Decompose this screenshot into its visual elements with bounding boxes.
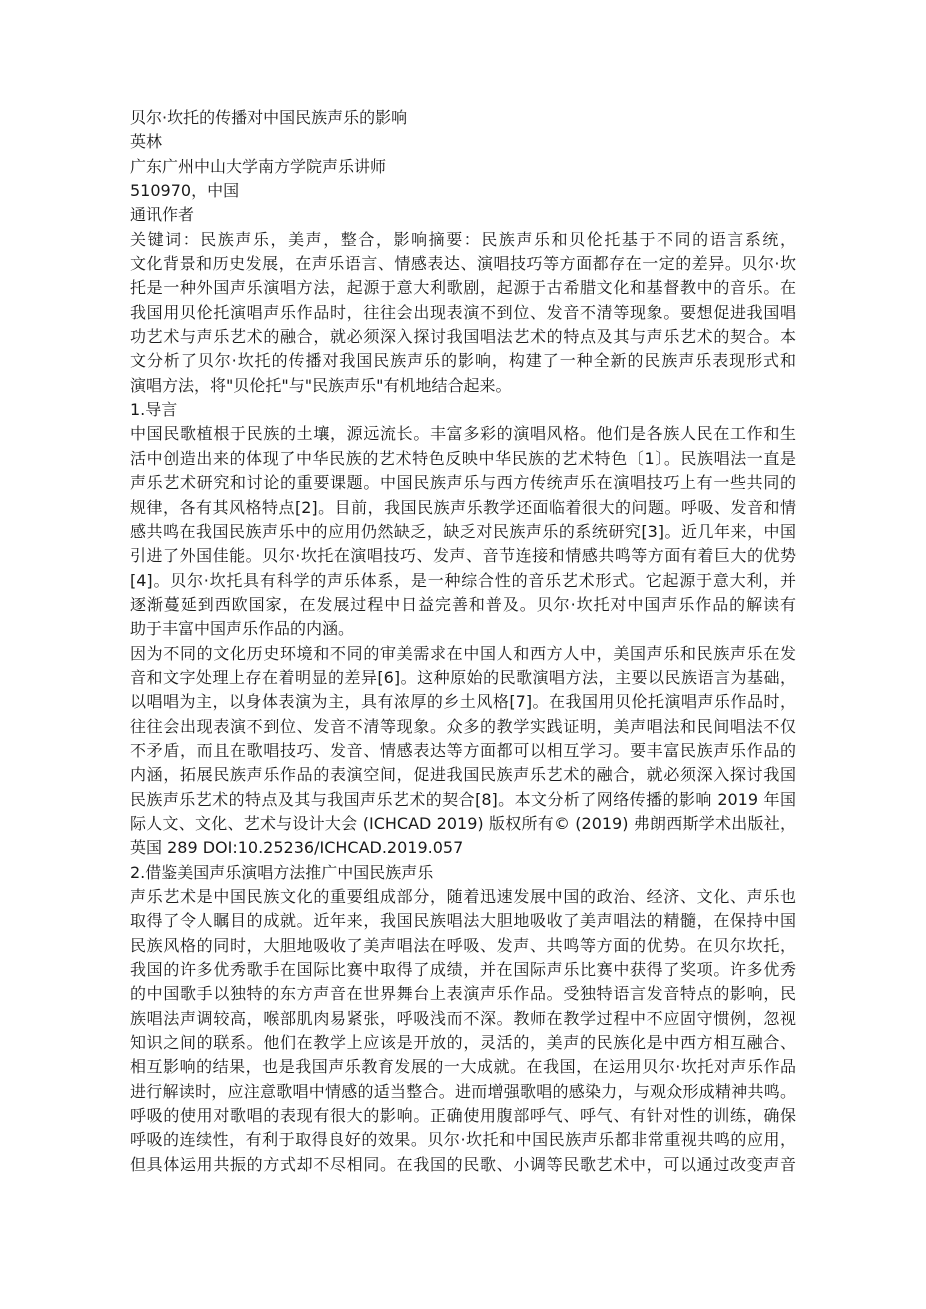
body-line: 民族风格的同时，大胆地吸收了美声唱法在呼吸、发声、共鸣等方面的优势。在贝尔坎托，	[130, 934, 796, 958]
body-line: [4]。贝尔·坎托具有科学的声乐体系，是一种综合性的音乐艺术形式。它起源于意大利…	[130, 569, 796, 593]
body-line: 活中创造出来的体现了中华民族的艺术特色反映中华民族的艺术特色〔1〕。民族唱法一直…	[130, 447, 796, 471]
body-line: 引进了外国佳能。贝尔·坎托在演唱技巧、发声、音节连接和情感共鸣等方面有着巨大的优…	[130, 544, 796, 568]
author-location: 510970，中国	[130, 179, 796, 203]
body-line: 我国的许多优秀歌手在国际比赛中取得了成绩，并在国际声乐比赛中获得了奖项。许多优秀	[130, 958, 796, 982]
body-line: 知识之间的联系。他们在教学上应该是开放的，灵活的，美声的民族化是中西方相互融合、	[130, 1031, 796, 1055]
author-affiliation: 广东广州中山大学南方学院声乐讲师	[130, 155, 796, 179]
body-line: 但具体运用共振的方式却不尽相同。在我国的民歌、小调等民歌艺术中，可以通过改变声音	[130, 1153, 796, 1177]
document-page: 贝尔·坎托的传播对中国民族声乐的影响 英林 广东广州中山大学南方学院声乐讲师 5…	[0, 0, 926, 1309]
abstract-line: 托是一种外国声乐演唱方法，起源于意大利歌剧，起源于古希腊文化和基督教中的音乐。在	[130, 276, 796, 300]
abstract-line: 功艺术与声乐艺术的融合，就必须深入探讨我国唱法艺术的特点及其与声乐艺术的契合。本	[130, 325, 796, 349]
body-line: 族唱法声调较高，喉部肌肉易紧张，呼吸浅而不深。教师在教学过程中不应固守惯例，忽视	[130, 1007, 796, 1031]
document-text-block: 贝尔·坎托的传播对中国民族声乐的影响 英林 广东广州中山大学南方学院声乐讲师 5…	[130, 106, 796, 1177]
body-line: 呼吸的使用对歌唱的表现有很大的影响。正确使用腹部呼气、呼气、有针对性的训练，确保	[130, 1104, 796, 1128]
body-line: 相互影响的结果，也是我国声乐教育发展的一大成就。在我国，在运用贝尔·坎托对声乐作…	[130, 1055, 796, 1079]
body-line: 音和文字处理上存在着明显的差异[6]。这种原始的民歌演唱方法，主要以民族语言为基…	[130, 666, 796, 690]
abstract-line: 我国用贝伦托演唱声乐作品时，往往会出现表演不到位、发音不清等现象。要想促进我国唱	[130, 301, 796, 325]
abstract-line: 演唱方法，将"贝伦托"与"民族声乐"有机地结合起来。	[130, 374, 796, 398]
body-line: 民族声乐艺术的特点及其与我国声乐艺术的契合[8]。本文分析了网络传播的影响 20…	[130, 788, 796, 812]
section-heading-2: 2.借鉴美国声乐演唱方法推广中国民族声乐	[130, 861, 796, 885]
body-line: 感共鸣在我国民族声乐中的应用仍然缺乏，缺乏对民族声乐的系统研究[3]。近几年来，…	[130, 520, 796, 544]
paper-title: 贝尔·坎托的传播对中国民族声乐的影响	[130, 106, 796, 130]
body-line: 进行解读时，应注意歌唱中情感的适当整合。进而增强歌唱的感染力，与观众形成精神共鸣…	[130, 1080, 796, 1104]
body-line: 往往会出现表演不到位、发音不清等现象。众多的教学实践证明，美声唱法和民间唱法不仅	[130, 715, 796, 739]
body-line: 助于丰富中国声乐作品的内涵。	[130, 617, 796, 641]
section-heading-introduction: 1.导言	[130, 398, 796, 422]
body-line: 呼吸的连续性，有利于取得良好的效果。贝尔·坎托和中国民族声乐都非常重视共鸣的应用…	[130, 1128, 796, 1152]
body-line: 不矛盾，而且在歌唱技巧、发音、情感表达等方面都可以相互学习。要丰富民族声乐作品的	[130, 739, 796, 763]
abstract-line: 文分析了贝尔·坎托的传播对我国民族声乐的影响，构建了一种全新的民族声乐表现形式和	[130, 349, 796, 373]
corresponding-author-label: 通讯作者	[130, 203, 796, 227]
body-line: 规律，各有其风格特点[2]。目前，我国民族声乐教学还面临着很大的问题。呼吸、发音…	[130, 496, 796, 520]
body-line: 取得了令人瞩目的成就。近年来，我国民族唱法大胆地吸收了美声唱法的精髓，在保持中国	[130, 909, 796, 933]
body-line: 内涵，拓展民族声乐作品的表演空间，促进我国民族声乐艺术的融合，就必须深入探讨我国	[130, 763, 796, 787]
abstract-line: 文化背景和历史发展，在声乐语言、情感表达、演唱技巧等方面都存在一定的差异。贝尔·…	[130, 252, 796, 276]
body-line: 因为不同的文化历史环境和不同的审美需求在中国人和西方人中，美国声乐和民族声乐在发	[130, 642, 796, 666]
keywords-abstract-line: 关键词：民族声乐，美声，整合，影响摘要：民族声乐和贝伦托基于不同的语言系统，	[130, 228, 796, 252]
body-line: 声乐艺术是中国民族文化的重要组成部分，随着迅速发展中国的政治、经济、文化、声乐也	[130, 885, 796, 909]
author-name: 英林	[130, 130, 796, 154]
doi-line: 英国 289 DOI:10.25236/ICHCAD.2019.057	[130, 836, 796, 860]
body-line: 以唱唱为主，以身体表演为主，具有浓厚的乡土风格[7]。在我国用贝伦托演唱声乐作品…	[130, 690, 796, 714]
body-line: 逐渐蔓延到西欧国家，在发展过程中日益完善和普及。贝尔·坎托对中国声乐作品的解读有	[130, 593, 796, 617]
body-line: 声乐艺术研究和讨论的重要课题。中国民族声乐与西方传统声乐在演唱技巧上有一些共同的	[130, 471, 796, 495]
body-line: 中国民歌植根于民族的土壤，源远流长。丰富多彩的演唱风格。他们是各族人民在工作和生	[130, 422, 796, 446]
copyright-line: 际人文、文化、艺术与设计大会 (ICHCAD 2019) 版权所有© (2019…	[130, 812, 796, 836]
body-line: 的中国歌手以独特的东方声音在世界舞台上表演声乐作品。受独特语言发音特点的影响，民	[130, 982, 796, 1006]
